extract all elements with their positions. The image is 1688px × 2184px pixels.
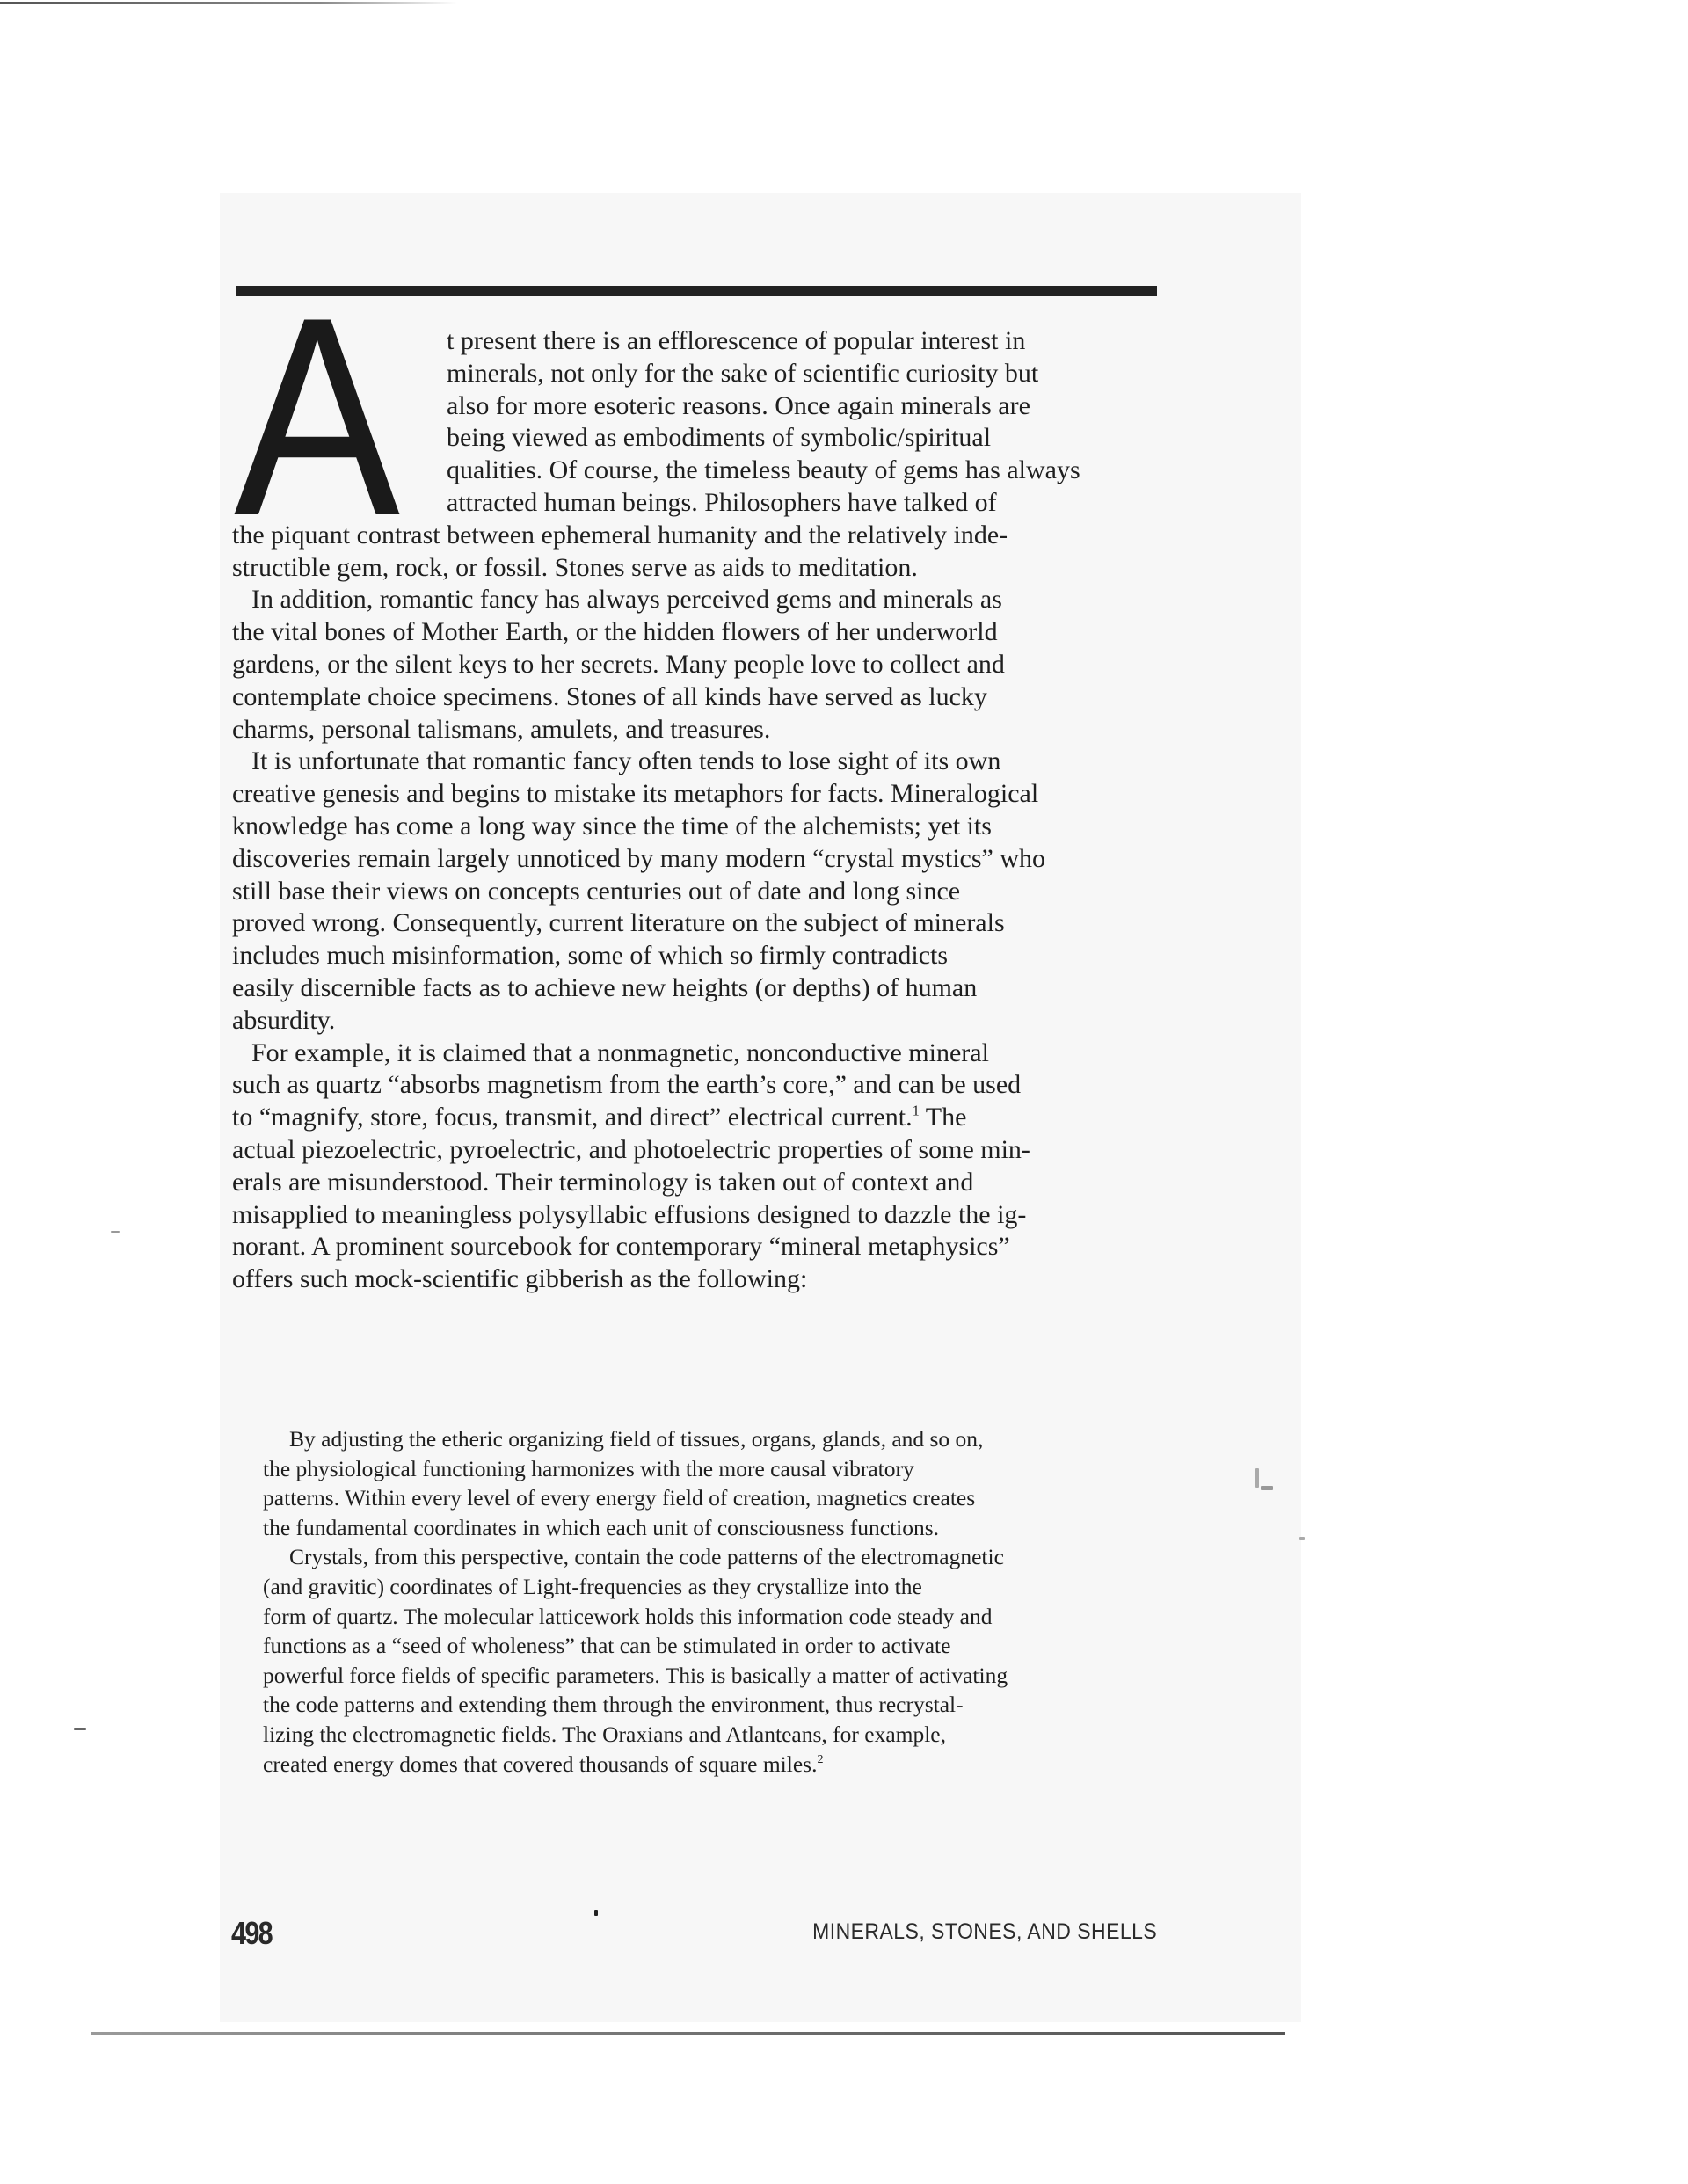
text-line-content: the fundamental coordinates in which eac… [263, 1515, 939, 1540]
text-line: structible gem, rock, or fossil. Stones … [232, 552, 1164, 585]
text-line: knowledge has come a long way since the … [232, 811, 1164, 843]
text-line-content: (and gravitic) coordinates of Light-freq… [263, 1574, 922, 1599]
text-line: By adjusting the etheric organizing fiel… [263, 1424, 1160, 1454]
text-line: being viewed as embodiments of symbolic/… [232, 422, 1164, 455]
text-line: the physiological functioning harmonizes… [263, 1454, 1160, 1484]
text-line: In addition, romantic fancy has always p… [232, 584, 1164, 616]
text-line-content: offers such mock-scientific gibberish as… [232, 1264, 807, 1293]
text-line: form of quartz. The molecular latticewor… [263, 1602, 1160, 1632]
text-line: qualities. Of course, the timeless beaut… [232, 455, 1164, 487]
scan-speck [1255, 1468, 1259, 1488]
text-line-content: absurdity. [232, 1006, 335, 1035]
footnote-marker: 2 [817, 1753, 823, 1766]
text-line-content: lizing the electromagnetic fields. The O… [263, 1722, 946, 1747]
text-line: easily discernible facts as to achieve n… [232, 972, 1164, 1005]
text-line-content: It is unfortunate that romantic fancy of… [251, 746, 1000, 775]
text-line-content: easily discernible facts as to achieve n… [232, 973, 977, 1002]
text-line: contemplate choice specimens. Stones of … [232, 681, 1164, 714]
body-text: t present there is an efflorescence of p… [232, 325, 1164, 1296]
text-line-content: functions as a “seed of wholeness” that … [263, 1633, 950, 1658]
text-line-content: also for more esoteric reasons. Once aga… [447, 391, 1030, 420]
text-line-content: the physiological functioning harmonizes… [263, 1456, 914, 1481]
text-line-content: still base their views on concepts centu… [232, 877, 960, 906]
text-line: patterns. Within every level of every en… [263, 1483, 1160, 1513]
text-line: still base their views on concepts centu… [232, 876, 1164, 908]
text-line: norant. A prominent sourcebook for conte… [232, 1231, 1164, 1263]
block-quotation: By adjusting the etheric organizing fiel… [263, 1424, 1160, 1779]
text-line: includes much misinformation, some of wh… [232, 940, 1164, 972]
text-line-content: patterns. Within every level of every en… [263, 1485, 975, 1511]
text-line-content: misapplied to meaningless polysyllabic e… [232, 1200, 1026, 1229]
text-line: It is unfortunate that romantic fancy of… [232, 746, 1164, 778]
text-line-content: form of quartz. The molecular latticewor… [263, 1604, 992, 1629]
text-line: For example, it is claimed that a nonmag… [232, 1037, 1164, 1070]
text-line: absurdity. [232, 1005, 1164, 1037]
text-line: powerful force fields of specific parame… [263, 1661, 1160, 1691]
text-line-content: powerful force fields of specific parame… [263, 1663, 1008, 1688]
text-line-content: attracted human beings. Philosophers hav… [447, 488, 997, 517]
text-line-content: qualities. Of course, the timeless beaut… [447, 455, 1080, 484]
scan-edge-line-bottom [91, 2032, 1285, 2035]
scan-speck [1299, 1537, 1305, 1540]
text-line-content: actual piezoelectric, pyroelectric, and … [232, 1135, 1030, 1164]
scan-speck [594, 1910, 598, 1916]
scan-speck [111, 1231, 120, 1233]
text-line-content: created energy domes that covered thousa… [263, 1751, 817, 1777]
text-line-tail: The [920, 1103, 967, 1132]
text-line: also for more esoteric reasons. Once aga… [232, 390, 1164, 423]
page-number: 498 [231, 1915, 272, 1952]
text-line: the piquant contrast between ephemeral h… [232, 520, 1164, 552]
text-line-content: norant. A prominent sourcebook for conte… [232, 1232, 1010, 1261]
text-line: gardens, or the silent keys to her secre… [232, 649, 1164, 681]
text-line: proved wrong. Consequently, current lite… [232, 907, 1164, 940]
text-line-content: t present there is an efflorescence of p… [447, 326, 1025, 355]
text-line-content: such as quartz “absorbs magnetism from t… [232, 1070, 1021, 1099]
text-line-content: discoveries remain largely unnoticed by … [232, 844, 1045, 873]
scan-speck [1261, 1486, 1273, 1490]
text-line-content: In addition, romantic fancy has always p… [251, 585, 1002, 614]
text-line-content: knowledge has come a long way since the … [232, 812, 992, 841]
text-line: attracted human beings. Philosophers hav… [232, 487, 1164, 520]
text-line: Crystals, from this perspective, contain… [263, 1542, 1160, 1572]
text-line-content: creative genesis and begins to mistake i… [232, 779, 1038, 808]
text-line: the code patterns and extending them thr… [263, 1690, 1160, 1720]
text-line: the vital bones of Mother Earth, or the … [232, 616, 1164, 649]
text-line: such as quartz “absorbs magnetism from t… [232, 1069, 1164, 1102]
scan-speck [74, 1728, 86, 1730]
footnote-marker: 1 [913, 1103, 920, 1119]
text-line: creative genesis and begins to mistake i… [232, 778, 1164, 811]
text-line: offers such mock-scientific gibberish as… [232, 1263, 1164, 1296]
text-line-content: the piquant contrast between ephemeral h… [232, 521, 1008, 550]
text-line: lizing the electromagnetic fields. The O… [263, 1720, 1160, 1750]
text-line: charms, personal talismans, amulets, and… [232, 714, 1164, 746]
running-head: MINERALS, STONES, AND SHELLS [812, 1919, 1157, 1945]
text-line-content: contemplate choice specimens. Stones of … [232, 682, 987, 711]
text-line: minerals, not only for the sake of scien… [232, 358, 1164, 390]
text-line: actual piezoelectric, pyroelectric, and … [232, 1134, 1164, 1167]
text-line-content: erals are misunderstood. Their terminolo… [232, 1168, 973, 1197]
text-line-content: being viewed as embodiments of symbolic/… [447, 423, 991, 452]
scan-edge-line-top [0, 2, 457, 4]
text-line: the fundamental coordinates in which eac… [263, 1513, 1160, 1543]
text-line: created energy domes that covered thousa… [263, 1750, 1160, 1780]
text-line-content: the code patterns and extending them thr… [263, 1692, 964, 1717]
text-line-content: gardens, or the silent keys to her secre… [232, 650, 1005, 679]
text-line: misapplied to meaningless polysyllabic e… [232, 1199, 1164, 1232]
text-line-content: charms, personal talismans, amulets, and… [232, 715, 770, 744]
text-line-content: Crystals, from this perspective, contain… [289, 1544, 1004, 1569]
text-line: (and gravitic) coordinates of Light-freq… [263, 1572, 1160, 1602]
text-line: to “magnify, store, focus, transmit, and… [232, 1102, 1164, 1134]
text-line-content: minerals, not only for the sake of scien… [447, 359, 1038, 388]
text-line-content: includes much misinformation, some of wh… [232, 941, 948, 970]
text-line: discoveries remain largely unnoticed by … [232, 843, 1164, 876]
text-line-content: proved wrong. Consequently, current lite… [232, 908, 1005, 937]
text-line-content: structible gem, rock, or fossil. Stones … [232, 553, 918, 582]
text-line-content: By adjusting the etheric organizing fiel… [289, 1426, 983, 1452]
text-line-content: to “magnify, store, focus, transmit, and… [232, 1103, 913, 1132]
text-line-content: For example, it is claimed that a nonmag… [251, 1038, 989, 1067]
text-line: erals are misunderstood. Their terminolo… [232, 1167, 1164, 1199]
text-line-content: the vital bones of Mother Earth, or the … [232, 617, 998, 646]
text-line: t present there is an efflorescence of p… [232, 325, 1164, 358]
text-line: functions as a “seed of wholeness” that … [263, 1631, 1160, 1661]
